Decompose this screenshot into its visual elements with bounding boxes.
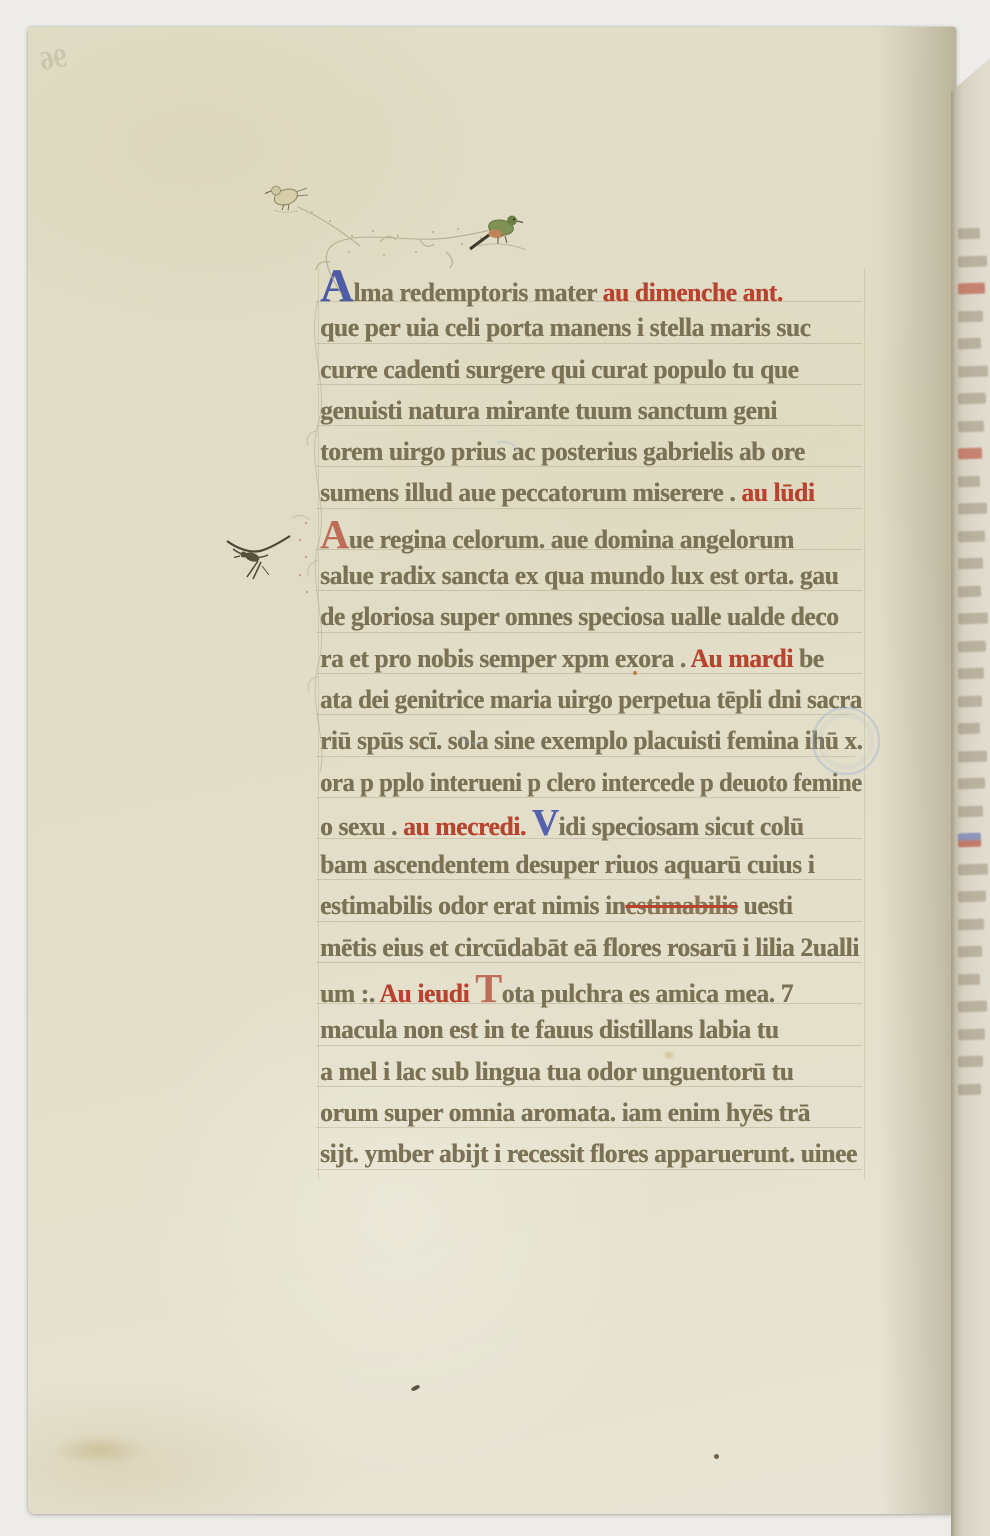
facing-page-text-row (958, 558, 983, 570)
text-line: riū spūs scī. sola sine exemplo placuist… (320, 720, 851, 761)
text-line: o sexu . au mecredi. Vidi speciosam sicu… (320, 803, 858, 844)
text-segment-ink: mētis eius et circūdabāt eā flores rosar… (320, 933, 859, 962)
text-segment-ink: de gloriosa super omnes speciosa ualle u… (320, 602, 839, 631)
text-segment-ink: que per uia celi porta manens i stella m… (320, 313, 811, 342)
facing-page-text-row (958, 668, 984, 680)
text-segment-ink: riū spūs scī. sola sine exemplo placuist… (320, 726, 862, 755)
text-segment-ink: curre cadenti surgere qui curat populo t… (320, 355, 798, 384)
facing-page-text-row (958, 640, 986, 652)
text-segment-ink: be (793, 644, 824, 673)
facing-page-text-edge (958, 228, 988, 1111)
facing-page-text-row (958, 918, 984, 930)
text-segment-ink: salue radix sancta ex qua mundo lux est … (320, 561, 838, 590)
text-line: macula non est in te fauus distillans la… (320, 1009, 858, 1050)
text-segment-ink: ue regina celorum. aue domina angelorum (349, 525, 794, 554)
facing-page-text-row (958, 1000, 987, 1012)
text-line: genuisti natura mirante tuum sanctum gen… (320, 390, 858, 431)
facing-page-text-row (958, 475, 980, 487)
text-line: um :. Au ieudi Tota pulchra es amica mea… (320, 968, 858, 1009)
facing-page-text-row (958, 1056, 983, 1068)
facing-page-text-row (958, 833, 981, 848)
text-segment-ink: bam ascendentem desuper riuos aquarū cui… (320, 850, 814, 879)
facing-page-text-row (958, 585, 981, 597)
text-line: ora p pplo interueni p clero intercede p… (320, 762, 837, 803)
text-line: estimabilis odor erat nimis inestimabili… (320, 885, 858, 926)
text-line: mētis eius et circūdabāt eā flores rosar… (320, 927, 858, 968)
text-line: sumens illud aue peccatorum miserere . a… (320, 472, 858, 513)
text-block: Alma redemptoris mater au dimenche ant.q… (320, 266, 868, 1175)
text-segment-rubric: au mecredi. (403, 812, 526, 841)
text-segment-ink: macula non est in te fauus distillans la… (320, 1015, 779, 1044)
text-line: curre cadenti surgere qui curat populo t… (320, 349, 858, 390)
text-segment-ink: o sexu . (320, 812, 403, 841)
text-line: Aue regina celorum. aue domina angelorum (320, 514, 858, 555)
text-segment-struck: estimabilis (625, 891, 737, 920)
text-segment-ink: ra et pro nobis semper xpm exora . (320, 644, 690, 673)
facing-page-text-row (958, 778, 985, 790)
facing-page-text-row (958, 695, 982, 707)
facing-page-text-row (958, 1083, 981, 1095)
text-line: salue radix sancta ex qua mundo lux est … (320, 555, 858, 596)
text-line: orum super omnia aromata. iam enim hyēs … (320, 1092, 858, 1133)
facing-page-text-row (958, 365, 988, 377)
text-line: a mel i lac sub lingua tua odor unguento… (320, 1051, 858, 1092)
text-segment-ink: sumens illud aue peccatorum miserere . (320, 478, 741, 507)
text-segment-initial-blue-sm: V (532, 802, 559, 844)
text-segment-rubric: au dimenche ant. (603, 278, 783, 307)
text-segment-ink: ora p pplo interueni p clero intercede p… (320, 768, 862, 797)
facing-page-text-row (958, 750, 987, 762)
facing-page-text-row (958, 805, 983, 817)
facing-page-text-row (958, 448, 982, 460)
text-segment-ink: ata dei genitrice maria uirgo perpetua t… (320, 685, 862, 714)
facing-page-edge (951, 58, 990, 1536)
facing-page-text-row (958, 863, 988, 875)
facing-page-text-row (958, 393, 986, 405)
text-line: que per uia celi porta manens i stella m… (320, 307, 858, 348)
text-segment-ink: estimabilis odor erat nimis in (320, 891, 625, 920)
ruling-line-left (318, 268, 319, 1180)
text-segment-rubric: Au ieudi (379, 979, 475, 1008)
facing-page-text-row (958, 338, 981, 350)
text-segment-ink: ota pulchra es amica mea. 7 (502, 979, 793, 1008)
facing-page-text-row (958, 310, 983, 322)
text-segment-ink: uesti (737, 891, 792, 920)
text-segment-ink: um :. (320, 979, 379, 1008)
text-line: de gloriosa super omnes speciosa ualle u… (320, 596, 858, 637)
text-segment-ink: genuisti natura mirante tuum sanctum gen… (320, 396, 777, 425)
facing-page-text-row (958, 502, 987, 514)
facing-page-text-row (958, 530, 985, 542)
facing-page-text-row (958, 946, 982, 958)
text-segment-initial-red: T (475, 965, 501, 1011)
text-line: Alma redemptoris mater au dimenche ant. (320, 266, 858, 307)
text-segment-ink: orum super omnia aromata. iam enim hyēs … (320, 1098, 810, 1127)
text-line: ra et pro nobis semper xpm exora . Au ma… (320, 638, 858, 679)
text-segment-ink: sijt. ymber abijt i recessit flores appa… (320, 1139, 857, 1168)
facing-page-text-row (958, 255, 987, 267)
text-segment-rubric: au lūdi (741, 478, 814, 507)
text-segment-rubric: Au mardi (690, 644, 793, 673)
manuscript-photo: 96 Alma redemptoris mater au dimenche an… (0, 0, 990, 1536)
facing-page-text-row (958, 612, 988, 624)
facing-page-text-row (958, 1028, 985, 1040)
facing-page-text-row (958, 723, 980, 735)
facing-page-text-row (958, 420, 984, 432)
text-segment-initial-red: A (320, 511, 349, 557)
text-line: torem uirgo prius ac posterius gabrielis… (320, 431, 858, 472)
facing-page-text-row (958, 891, 986, 903)
facing-page-text-row (958, 973, 980, 985)
text-line: bam ascendentem desuper riuos aquarū cui… (320, 844, 858, 885)
text-segment-ink: idi speciosam sicut colū (558, 812, 803, 841)
text-line: sijt. ymber abijt i recessit flores appa… (320, 1133, 858, 1174)
folio-number-showthrough: 96 (38, 42, 70, 77)
text-line: ata dei genitrice maria uirgo perpetua t… (320, 679, 846, 720)
facing-page-text-row (958, 283, 985, 295)
text-segment-ink: lma redemptoris mater (353, 278, 602, 307)
text-segment-ink: a mel i lac sub lingua tua odor unguento… (320, 1057, 793, 1086)
text-segment-ink: torem uirgo prius ac posterius gabrielis… (320, 437, 805, 466)
facing-page-text-row (958, 228, 980, 240)
text-segment-initial-blue: A (320, 260, 353, 312)
